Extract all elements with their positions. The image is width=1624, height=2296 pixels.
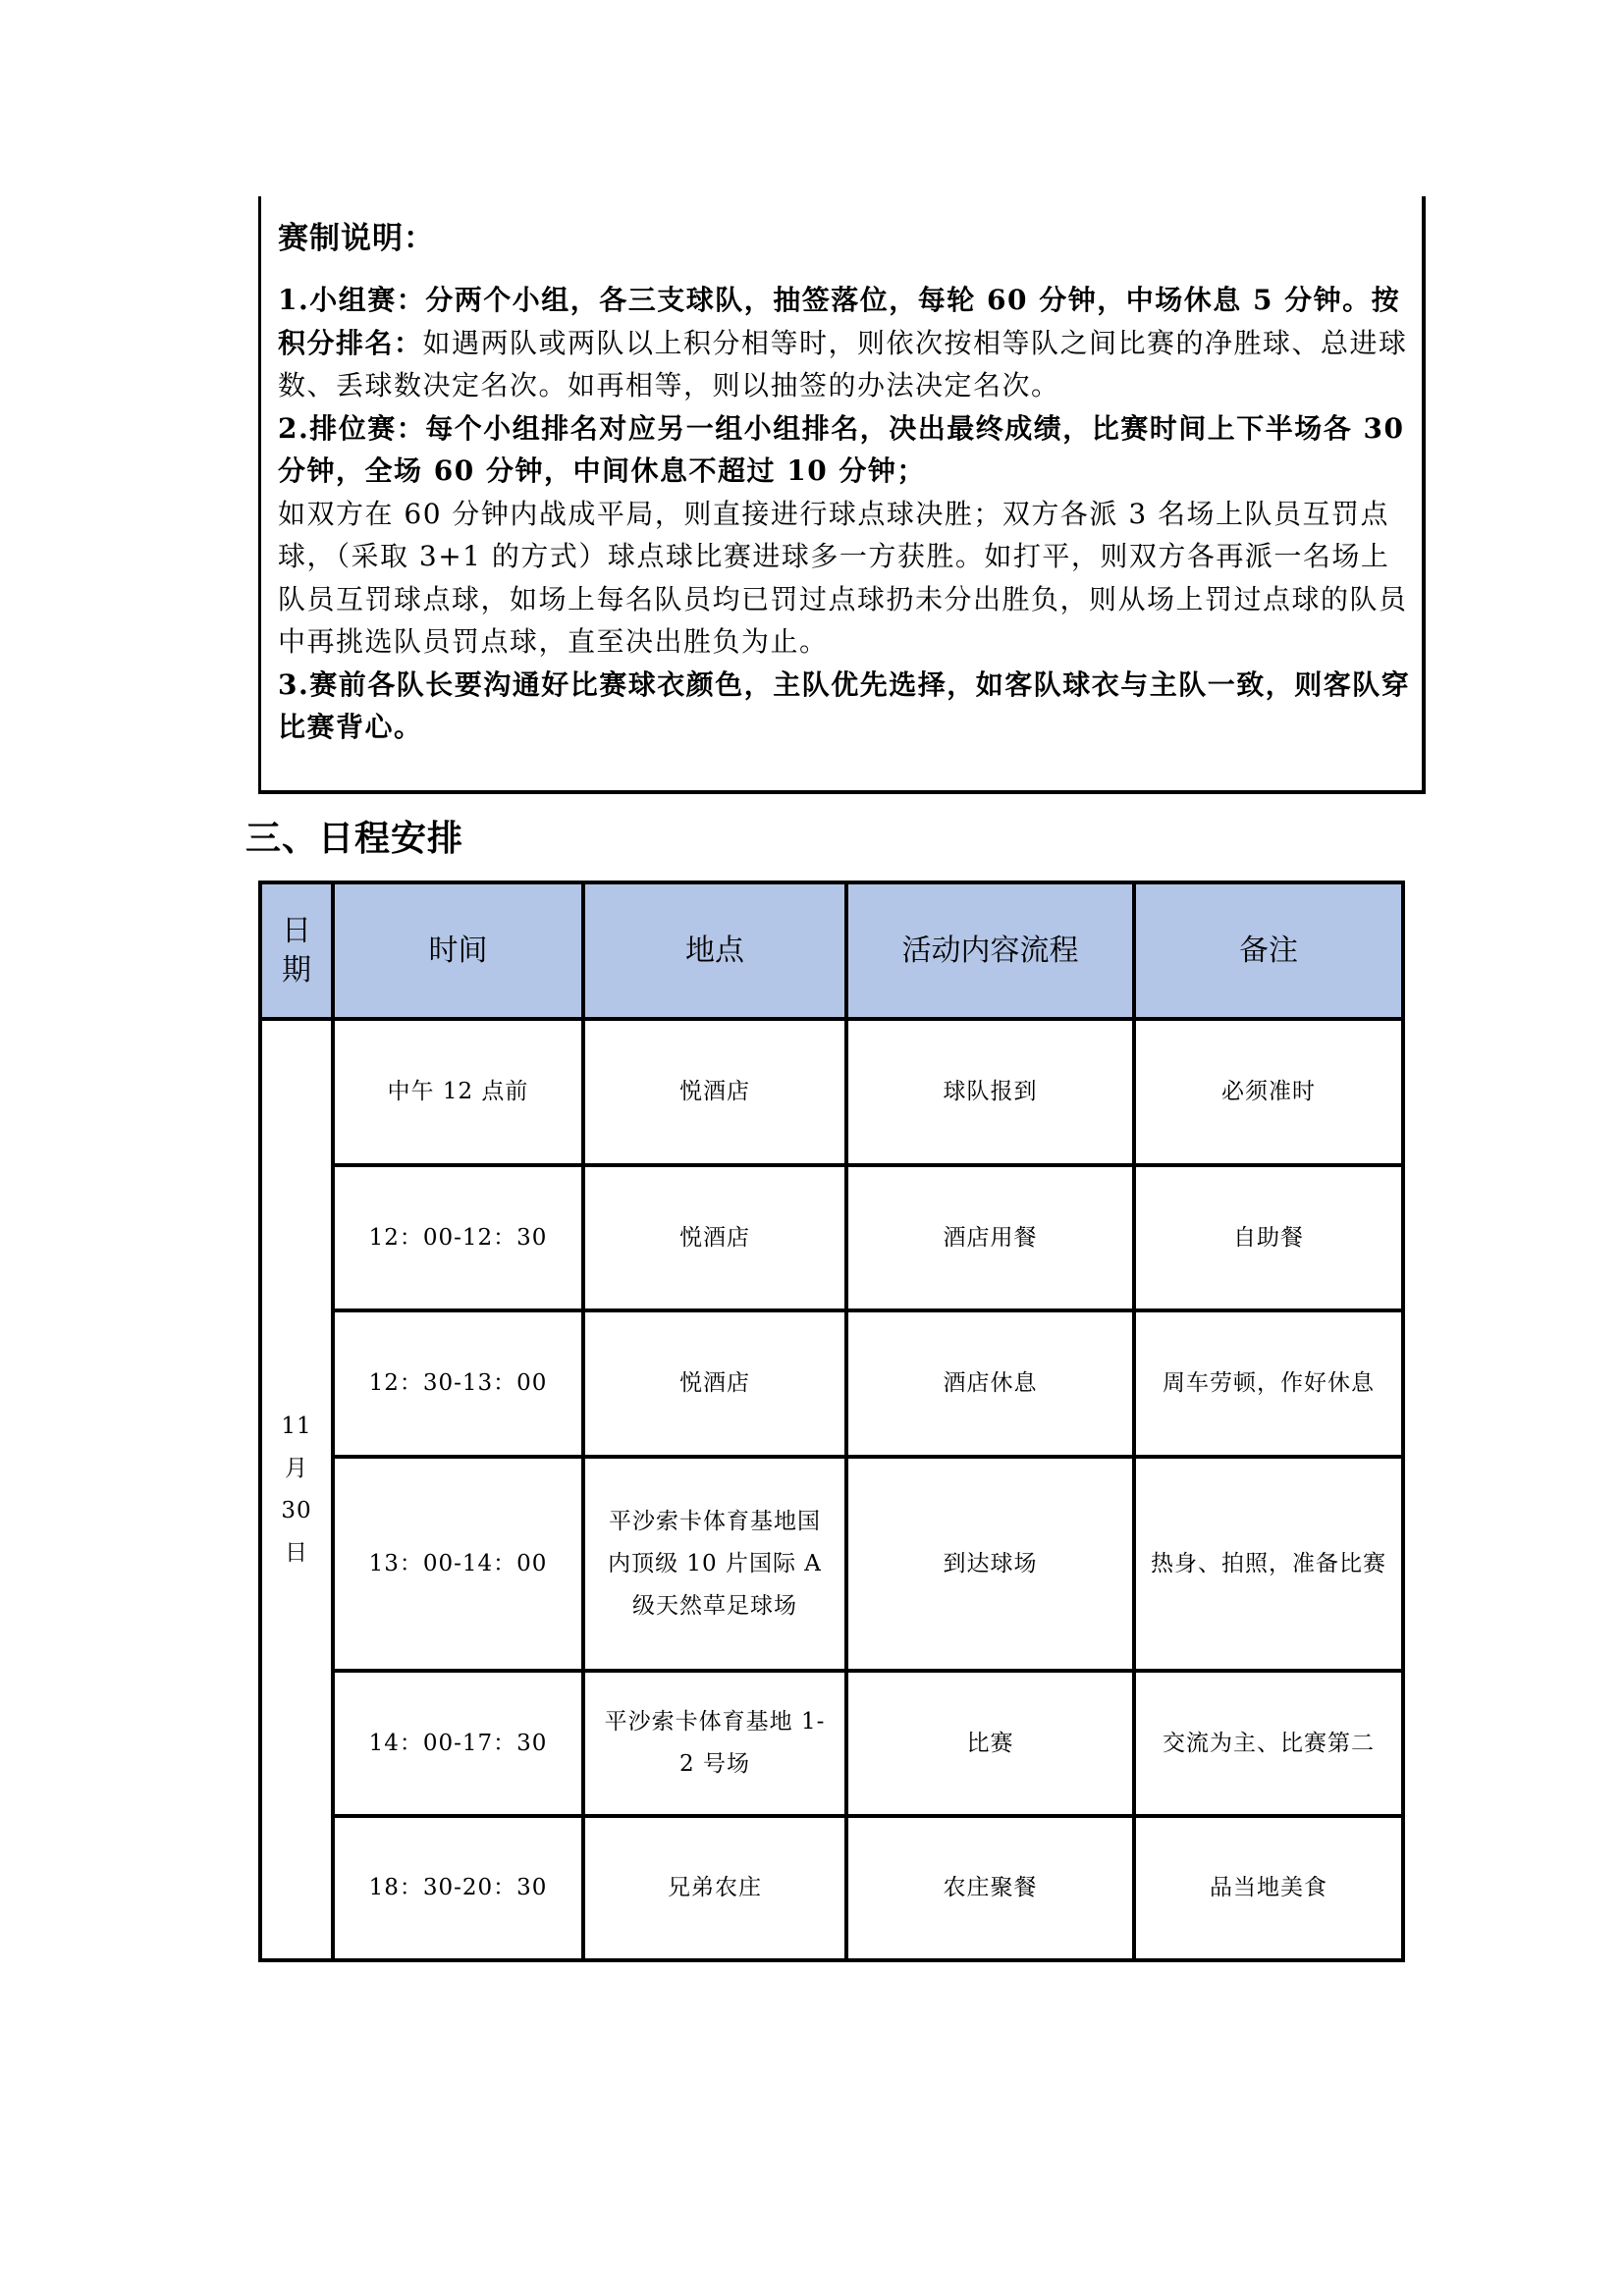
- table-row: 11 月 30 日 中午 12 点前 悦酒店 球队报到 必须准时: [260, 1019, 1403, 1165]
- cell-activity: 球队报到: [846, 1019, 1134, 1165]
- cell-location: 平沙索卡体育基地国内顶级 10 片国际 A 级天然草足球场: [583, 1457, 846, 1671]
- date-header-char-2: 期: [262, 951, 331, 990]
- column-header-notes: 备注: [1134, 882, 1403, 1019]
- rule-item-3-bold: 3.赛前各队长要沟通好比赛球衣颜色，主队优先选择，如客队球衣与主队一致，则客队穿…: [278, 668, 1410, 744]
- rule-item-2-detail: 如双方在 60 分钟内战成平局，则直接进行球点球决胜；双方各派 3 名场上队员互…: [278, 493, 1417, 664]
- table-row: 14：00-17：30 平沙索卡体育基地 1-2 号场 比赛 交流为主、比赛第二: [260, 1671, 1403, 1816]
- cell-notes: 交流为主、比赛第二: [1134, 1671, 1403, 1816]
- column-header-date: 日 期: [260, 882, 333, 1019]
- date-month-number: 11: [262, 1406, 331, 1448]
- cell-activity: 酒店用餐: [846, 1165, 1134, 1310]
- section-heading-schedule: 三、日程安排: [245, 815, 463, 864]
- table-header-row: 日 期 时间 地点 活动内容流程 备注: [260, 882, 1403, 1019]
- date-cell: 11 月 30 日: [260, 1019, 333, 1960]
- cell-activity: 农庄聚餐: [846, 1816, 1134, 1960]
- cell-time: 14：00-17：30: [333, 1671, 583, 1816]
- cell-location: 兄弟农庄: [583, 1816, 846, 1960]
- rule-item-2-detail-text: 如双方在 60 分钟内战成平局，则直接进行球点球决胜；双方各派 3 名场上队员互…: [278, 498, 1408, 659]
- rule-item-1: 1.小组赛：分两个小组，各三支球队，抽签落位，每轮 60 分钟，中场休息 5 分…: [278, 279, 1417, 407]
- date-day-number: 30: [262, 1490, 331, 1532]
- cell-location: 悦酒店: [583, 1310, 846, 1457]
- cell-notes: 周车劳顿，作好休息: [1134, 1310, 1403, 1457]
- cell-notes: 自助餐: [1134, 1165, 1403, 1310]
- column-header-location: 地点: [583, 882, 846, 1019]
- cell-activity: 酒店休息: [846, 1310, 1134, 1457]
- cell-time: 中午 12 点前: [333, 1019, 583, 1165]
- rule-item-3: 3.赛前各队长要沟通好比赛球衣颜色，主队优先选择，如客队球衣与主队一致，则客队穿…: [278, 664, 1417, 749]
- rule-item-2-bold: 2.排位赛：每个小组排名对应另一组小组排名，决出最终成绩，比赛时间上下半场各 3…: [278, 412, 1404, 488]
- cell-notes: 热身、拍照，准备比赛: [1134, 1457, 1403, 1671]
- cell-location: 平沙索卡体育基地 1-2 号场: [583, 1671, 846, 1816]
- table-row: 12：30-13：00 悦酒店 酒店休息 周车劳顿，作好休息: [260, 1310, 1403, 1457]
- cell-time: 12：30-13：00: [333, 1310, 583, 1457]
- table-row: 13：00-14：00 平沙索卡体育基地国内顶级 10 片国际 A 级天然草足球…: [260, 1457, 1403, 1671]
- cell-time: 13：00-14：00: [333, 1457, 583, 1671]
- rules-body: 1.小组赛：分两个小组，各三支球队，抽签落位，每轮 60 分钟，中场休息 5 分…: [278, 279, 1417, 749]
- rules-title: 赛制说明：: [278, 218, 435, 259]
- cell-time: 18：30-20：30: [333, 1816, 583, 1960]
- date-header-char-1: 日: [262, 912, 331, 951]
- table-row: 18：30-20：30 兄弟农庄 农庄聚餐 品当地美食: [260, 1816, 1403, 1960]
- column-header-activity: 活动内容流程: [846, 882, 1134, 1019]
- rule-item-2: 2.排位赛：每个小组排名对应另一组小组排名，决出最终成绩，比赛时间上下半场各 3…: [278, 407, 1417, 493]
- cell-activity: 比赛: [846, 1671, 1134, 1816]
- rule-item-1-text: 如遇两队或两队以上积分相等时，则依次按相等队之间比赛的净胜球、总进球数、丢球数决…: [278, 327, 1408, 402]
- cell-notes: 品当地美食: [1134, 1816, 1403, 1960]
- cell-location: 悦酒店: [583, 1019, 846, 1165]
- cell-notes: 必须准时: [1134, 1019, 1403, 1165]
- schedule-table: 日 期 时间 地点 活动内容流程 备注 11 月 30 日 中午 12 点前 悦…: [258, 881, 1405, 1962]
- cell-location: 悦酒店: [583, 1165, 846, 1310]
- table-row: 12：00-12：30 悦酒店 酒店用餐 自助餐: [260, 1165, 1403, 1310]
- date-day-char: 日: [262, 1532, 331, 1575]
- cell-activity: 到达球场: [846, 1457, 1134, 1671]
- competition-rules-box: 赛制说明： 1.小组赛：分两个小组，各三支球队，抽签落位，每轮 60 分钟，中场…: [258, 196, 1426, 794]
- date-month-char: 月: [262, 1448, 331, 1490]
- cell-time: 12：00-12：30: [333, 1165, 583, 1310]
- column-header-time: 时间: [333, 882, 583, 1019]
